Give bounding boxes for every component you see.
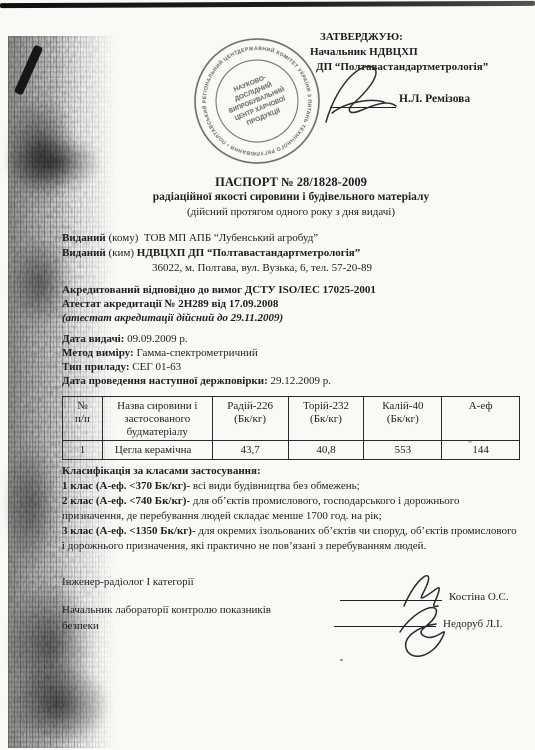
method-label: Метод виміру: (62, 347, 134, 359)
issue-date-line: Дата видачі: 09.09.2009 р. (62, 332, 520, 346)
cell-material-name: Цегла керамічна (102, 441, 212, 460)
scan-speck (340, 659, 343, 661)
accreditation-standard: Акредитований відповідно до вимог ДСТУ I… (62, 283, 520, 297)
passport-validity-note: (дійсний протягом одного року з дня вида… (62, 205, 520, 220)
scan-blotch (12, 665, 107, 745)
signature-line-engineer (340, 600, 442, 601)
issued-to-value: ТОВ МП АПБ “Лубенський агробуд” (144, 232, 318, 244)
col-potassium-40: Калій-40 (Бк/кг) (364, 397, 442, 441)
accreditation-block: Акредитований відповідно до вимог ДСТУ I… (62, 283, 520, 325)
col-material-name: Назва сировини і застосованого будматері… (102, 397, 212, 441)
signatory-name-engineer: Костіна О.С. (449, 591, 509, 603)
scan-blotch (4, 440, 59, 570)
scanned-passport-page: ДЕРЖАВНИЙ КОМІТЕТ УКРАЇНИ З ПИТАНЬ ТЕХНІ… (0, 0, 535, 750)
next-verification-line: Дата проведення наступної держповірки: 2… (62, 374, 520, 388)
issue-date-label: Дата видачі: (62, 333, 124, 345)
passport-subtitle: радіаційної якості сировини і будівельно… (62, 190, 520, 205)
title-block: ПАСПОРТ № 28/1828-2009 радіаційної якост… (62, 174, 520, 220)
issued-by-value: НДВЦХП ДП “Полтавастандартметрологія” (137, 247, 360, 259)
signatory-name-lab-head: Недоруб Л.І. (443, 618, 502, 630)
issuer-address: 36022, м. Полтава, вул. Вузька, 6, тел. … (152, 261, 520, 276)
issued-block: Виданий (кому) ТОВ МП АПБ “Лубенський аг… (62, 231, 520, 276)
classification-block: Класифікація за класами застосування: 1 … (62, 464, 520, 554)
cell-potassium-40: 553 (364, 441, 442, 460)
scan-top-edge-line (0, 1, 535, 8)
approver-signature-line (330, 107, 396, 108)
classification-item-1: 1 клас (А-еф. <370 Бк/кг)- всі види буді… (62, 479, 520, 494)
issued-to-paren: (кому) (109, 232, 139, 244)
accreditation-certificate: Атестат акредитації № 2Н289 від 17.09.20… (62, 297, 520, 311)
cell-radium-226: 43,7 (212, 441, 288, 460)
class1-description: всі види будівництва без обмежень; (190, 480, 360, 492)
accreditation-validity: (атестат акредитації дійсний до 29.11.20… (62, 311, 520, 325)
next-verification-label: Дата проведення наступної держповірки: (62, 375, 268, 387)
method-value: Гамма-спектрометричний (136, 347, 257, 359)
classification-item-3: 3 клас (А-еф. <1350 Бк/кг)- для окремих … (62, 524, 520, 554)
issued-to-line: Виданий (кому) ТОВ МП АПБ “Лубенський аг… (62, 231, 520, 246)
cell-number: 1 (63, 441, 103, 460)
results-table: № п/п Назва сировини і застосованого буд… (62, 396, 520, 460)
signature-line-lab-head (334, 626, 436, 627)
next-verification-value: 29.12.2009 р. (271, 375, 332, 387)
method-line: Метод виміру: Гамма-спектрометричний (62, 346, 520, 360)
scan-blotch (10, 235, 70, 330)
class1-threshold: 1 клас (А-еф. <370 Бк/кг)- (62, 480, 190, 492)
approval-word: ЗАТВЕРДЖУЮ: (320, 30, 535, 45)
signatory-title-lab-head: Начальник лабораторії контролю показникі… (62, 602, 272, 634)
device-label: Тип приладу: (62, 361, 130, 373)
document-body: ПАСПОРТ № 28/1828-2009 радіаційної якост… (62, 174, 520, 554)
signatory-title-engineer: Інженер-радіолог І категорії (62, 576, 292, 588)
issued-by-paren: (ким) (109, 247, 135, 259)
cell-thorium-232: 40,8 (288, 441, 364, 460)
device-line: Тип приладу: СЕГ 01-63 (62, 360, 520, 374)
col-number: № п/п (63, 397, 103, 441)
class3-threshold: 3 клас (А-еф. <1350 Бк/кг)- (62, 525, 196, 537)
measurement-details: Дата видачі: 09.09.2009 р. Метод виміру:… (62, 332, 520, 388)
col-thorium-232: Торій-232 (Бк/кг) (288, 397, 364, 441)
col-a-eff: А-еф (442, 397, 520, 441)
table-row: 1 Цегла керамічна 43,7 40,8 553 144 (63, 441, 520, 460)
approver-name: Н.Л. Ремізова (399, 93, 470, 105)
device-value: СЕГ 01-63 (132, 361, 181, 373)
issue-date-value: 09.09.2009 р. (127, 333, 188, 345)
class2-threshold: 2 клас (А-еф. <740 Бк/кг)- (62, 495, 190, 507)
classification-intro: Класифікація за класами застосування: (62, 464, 520, 479)
issued-by-label: Виданий (62, 247, 106, 259)
table-header-row: № п/п Назва сировини і застосованого буд… (63, 397, 520, 441)
issued-to-label: Виданий (62, 232, 106, 244)
classification-item-2: 2 клас (А-еф. <740 Бк/кг)- для об’єктів … (62, 494, 520, 524)
cell-a-eff: 144 (442, 441, 520, 460)
col-radium-226: Радій-226 (Бк/кг) (212, 397, 288, 441)
issued-by-line: Виданий (ким) НДВЦХП ДП “Полтавастандарт… (62, 246, 520, 261)
passport-title: ПАСПОРТ № 28/1828-2009 (62, 174, 520, 190)
